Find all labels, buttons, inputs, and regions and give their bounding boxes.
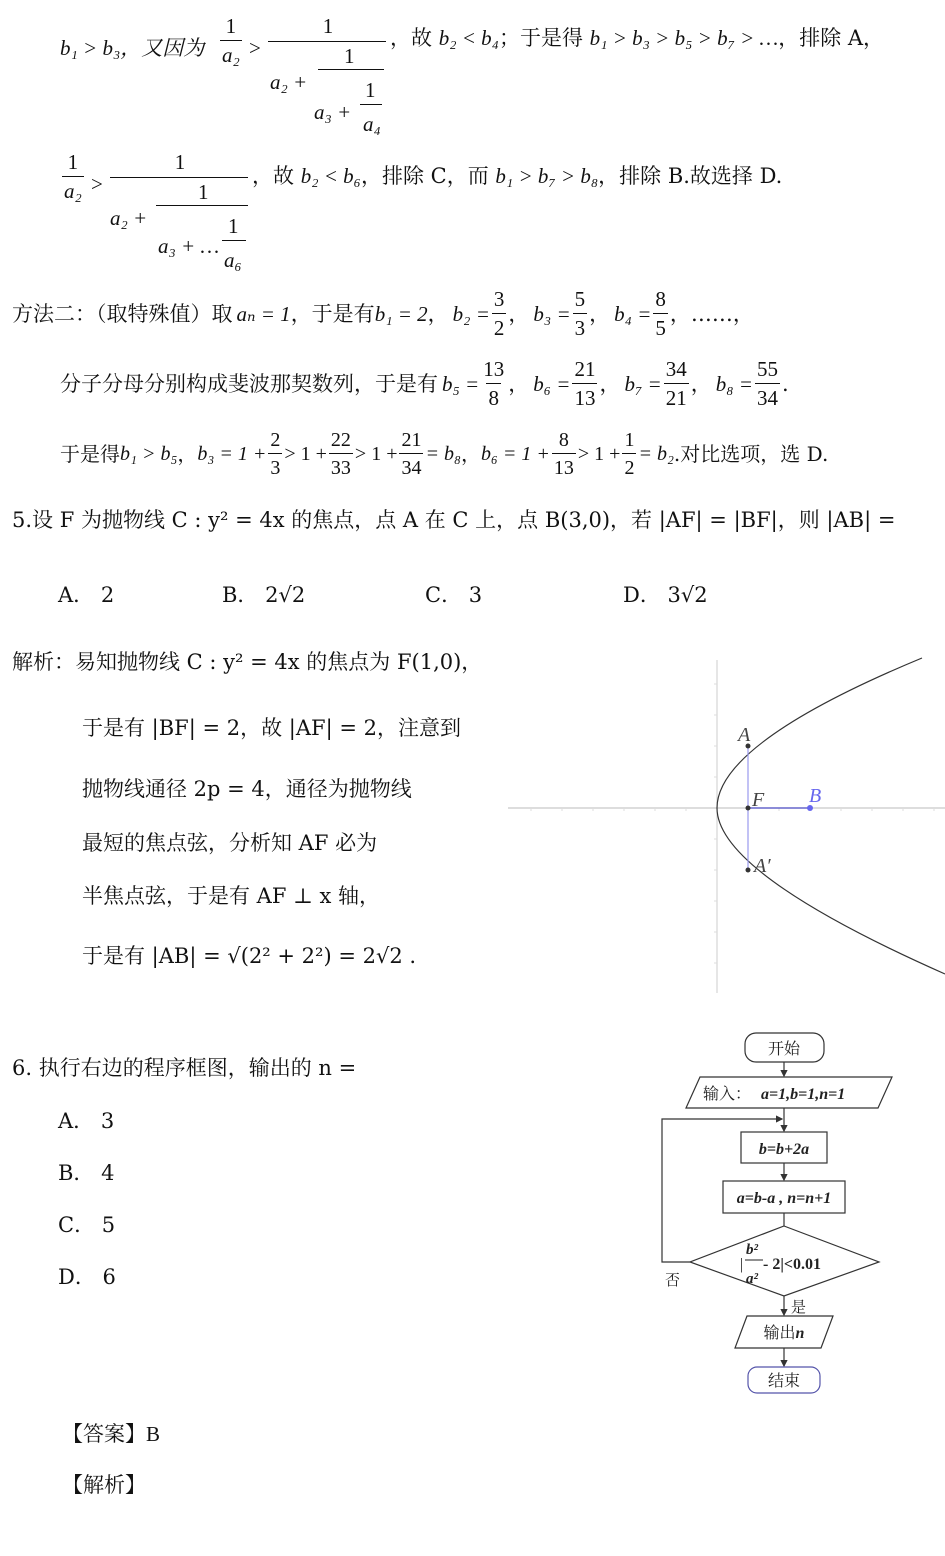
parabola-curve [717, 658, 945, 974]
q5-analysis-line-4: 最短的焦点弦，分析知 AF 必为 [82, 833, 377, 854]
q6-stem: 6. 执行右边的程序框图，输出的 n = [12, 1058, 356, 1079]
fraction-1-over-a2: 1 a₂ [62, 152, 84, 202]
flow-step-a-n-label: a=b-a , n=n+1 [737, 1190, 831, 1207]
flow-no-label: 否 [665, 1272, 680, 1289]
flow-cond-den: a² [746, 1271, 759, 1287]
flow-yes-label: 是 [791, 1299, 806, 1316]
q6-option-d: D． 6 [58, 1267, 116, 1288]
fraction-bar [222, 240, 246, 241]
point-f [746, 806, 751, 811]
label-b: B [809, 785, 821, 807]
q6-option-c: C． 5 [58, 1215, 115, 1236]
analysis-heading: 【解析】 [62, 1475, 146, 1496]
q5-analysis-line-1: 解析：易知抛物线 C : y² = 4x 的焦点为 F(1,0)， [12, 652, 482, 673]
q5-analysis-line-5: 半焦点弦，于是有 AF ⊥ x 轴， [82, 886, 380, 907]
q5-analysis-line-3: 抛物线通径 2p = 4，通径为抛物线 [82, 779, 412, 800]
label-a-prime: A′ [752, 855, 771, 877]
fraction-8-13: 813 [552, 430, 576, 478]
flow-start-label: 开始 [768, 1040, 801, 1058]
fraction-13-8: 138 [481, 359, 506, 409]
answer-label: 【答案】 [62, 1422, 146, 1446]
fraction-3-2: 32 [492, 289, 507, 339]
label-a: A [736, 724, 751, 746]
program-flowchart: 开始 输入： a=1,b=1,n=1 b=b+2a a=b-a , n=n+1 … [650, 1025, 895, 1400]
q5-option-b: B． 2√2 [222, 585, 305, 606]
q5-option-a: A． 2 [58, 585, 114, 606]
answer-line: 【答案】B [62, 1424, 160, 1445]
greater-than: > [91, 174, 103, 195]
method1-line2-tail: ，故 b₂ < b₆，排除 C，而 b₁ > b₇ > b₈，排除 B.故选择 … [252, 166, 782, 187]
flow-step-b-label: b=b+2a [759, 1141, 809, 1158]
q5-analysis-line-6: 于是有 |AB| = √(2² + 2²) = 2√2 . [82, 946, 416, 967]
q5-stem: 5.设 F 为抛物线 C : y² = 4x 的焦点，点 A 在 C 上，点 B… [12, 510, 895, 531]
flow-output-label: 输出n [764, 1324, 805, 1342]
continued-fraction-a4: 1 a₂ + 1 a₃ + 1 a₄ [268, 16, 388, 132]
greater-than: > [249, 38, 261, 59]
fraction-bar [360, 104, 382, 105]
continued-fraction-a6: 1 a₂ + 1 a₃ + … 1 a₆ [110, 152, 250, 268]
q6-option-a: A． 3 [58, 1111, 114, 1132]
parabola-graph: A F B A′ [505, 640, 945, 995]
fraction-1-over-a2: 1 a₂ [220, 16, 242, 66]
method1-line1-tail: ，故 b₂ < b₄；于是得 b₁ > b₃ > b₅ > b₇ > …，排除 … [390, 28, 884, 49]
fraction-5-3: 53 [573, 289, 588, 339]
label-f: F [751, 789, 765, 811]
q5-option-d: D． 3√2 [623, 585, 708, 606]
fraction-21-34: 2134 [399, 430, 423, 478]
flow-end-label: 结束 [768, 1372, 800, 1390]
q5-option-c: C． 3 [425, 585, 482, 606]
fraction-55-34: 5534 [755, 359, 780, 409]
fraction-1-2: 12 [622, 430, 636, 478]
flow-cond-bar-left: | [740, 1256, 743, 1273]
fraction-34-21: 3421 [664, 359, 689, 409]
flow-cond-rest: - 2|<0.01 [763, 1256, 821, 1273]
method2-line1: 方法二：（取特殊值）取 aₙ = 1 ，于是有 b₁ = 2 ， b₂ = 32… [12, 290, 754, 338]
q5-analysis-line-2: 于是有 |BF| = 2，故 |AF| = 2，注意到 [82, 718, 461, 739]
fraction-21-13: 2113 [572, 359, 597, 409]
fraction-22-33: 2233 [329, 430, 353, 478]
method2-line2: 分子分母分别构成斐波那契数列，于是有 b₅ = 138 ， b₆ = 2113 … [60, 358, 789, 410]
inequality-b1-b3: b₁ > b₃，又因为 [60, 38, 204, 59]
fraction-2-3: 23 [268, 430, 282, 478]
answer-value: B [146, 1422, 160, 1446]
point-a-prime [746, 868, 751, 873]
fraction-bar [156, 205, 248, 206]
flow-cond-num: b² [746, 1242, 759, 1258]
method2-line3: 于是得 b₁ > b₅ ， b₃ = 1 + 23 > 1 + 2233 > 1… [60, 428, 828, 480]
q6-option-b: B． 4 [58, 1163, 115, 1184]
fraction-bar [318, 69, 384, 70]
fraction-8-5: 85 [653, 289, 668, 339]
flow-input-label: 输入： a=1,b=1,n=1 [703, 1085, 845, 1103]
